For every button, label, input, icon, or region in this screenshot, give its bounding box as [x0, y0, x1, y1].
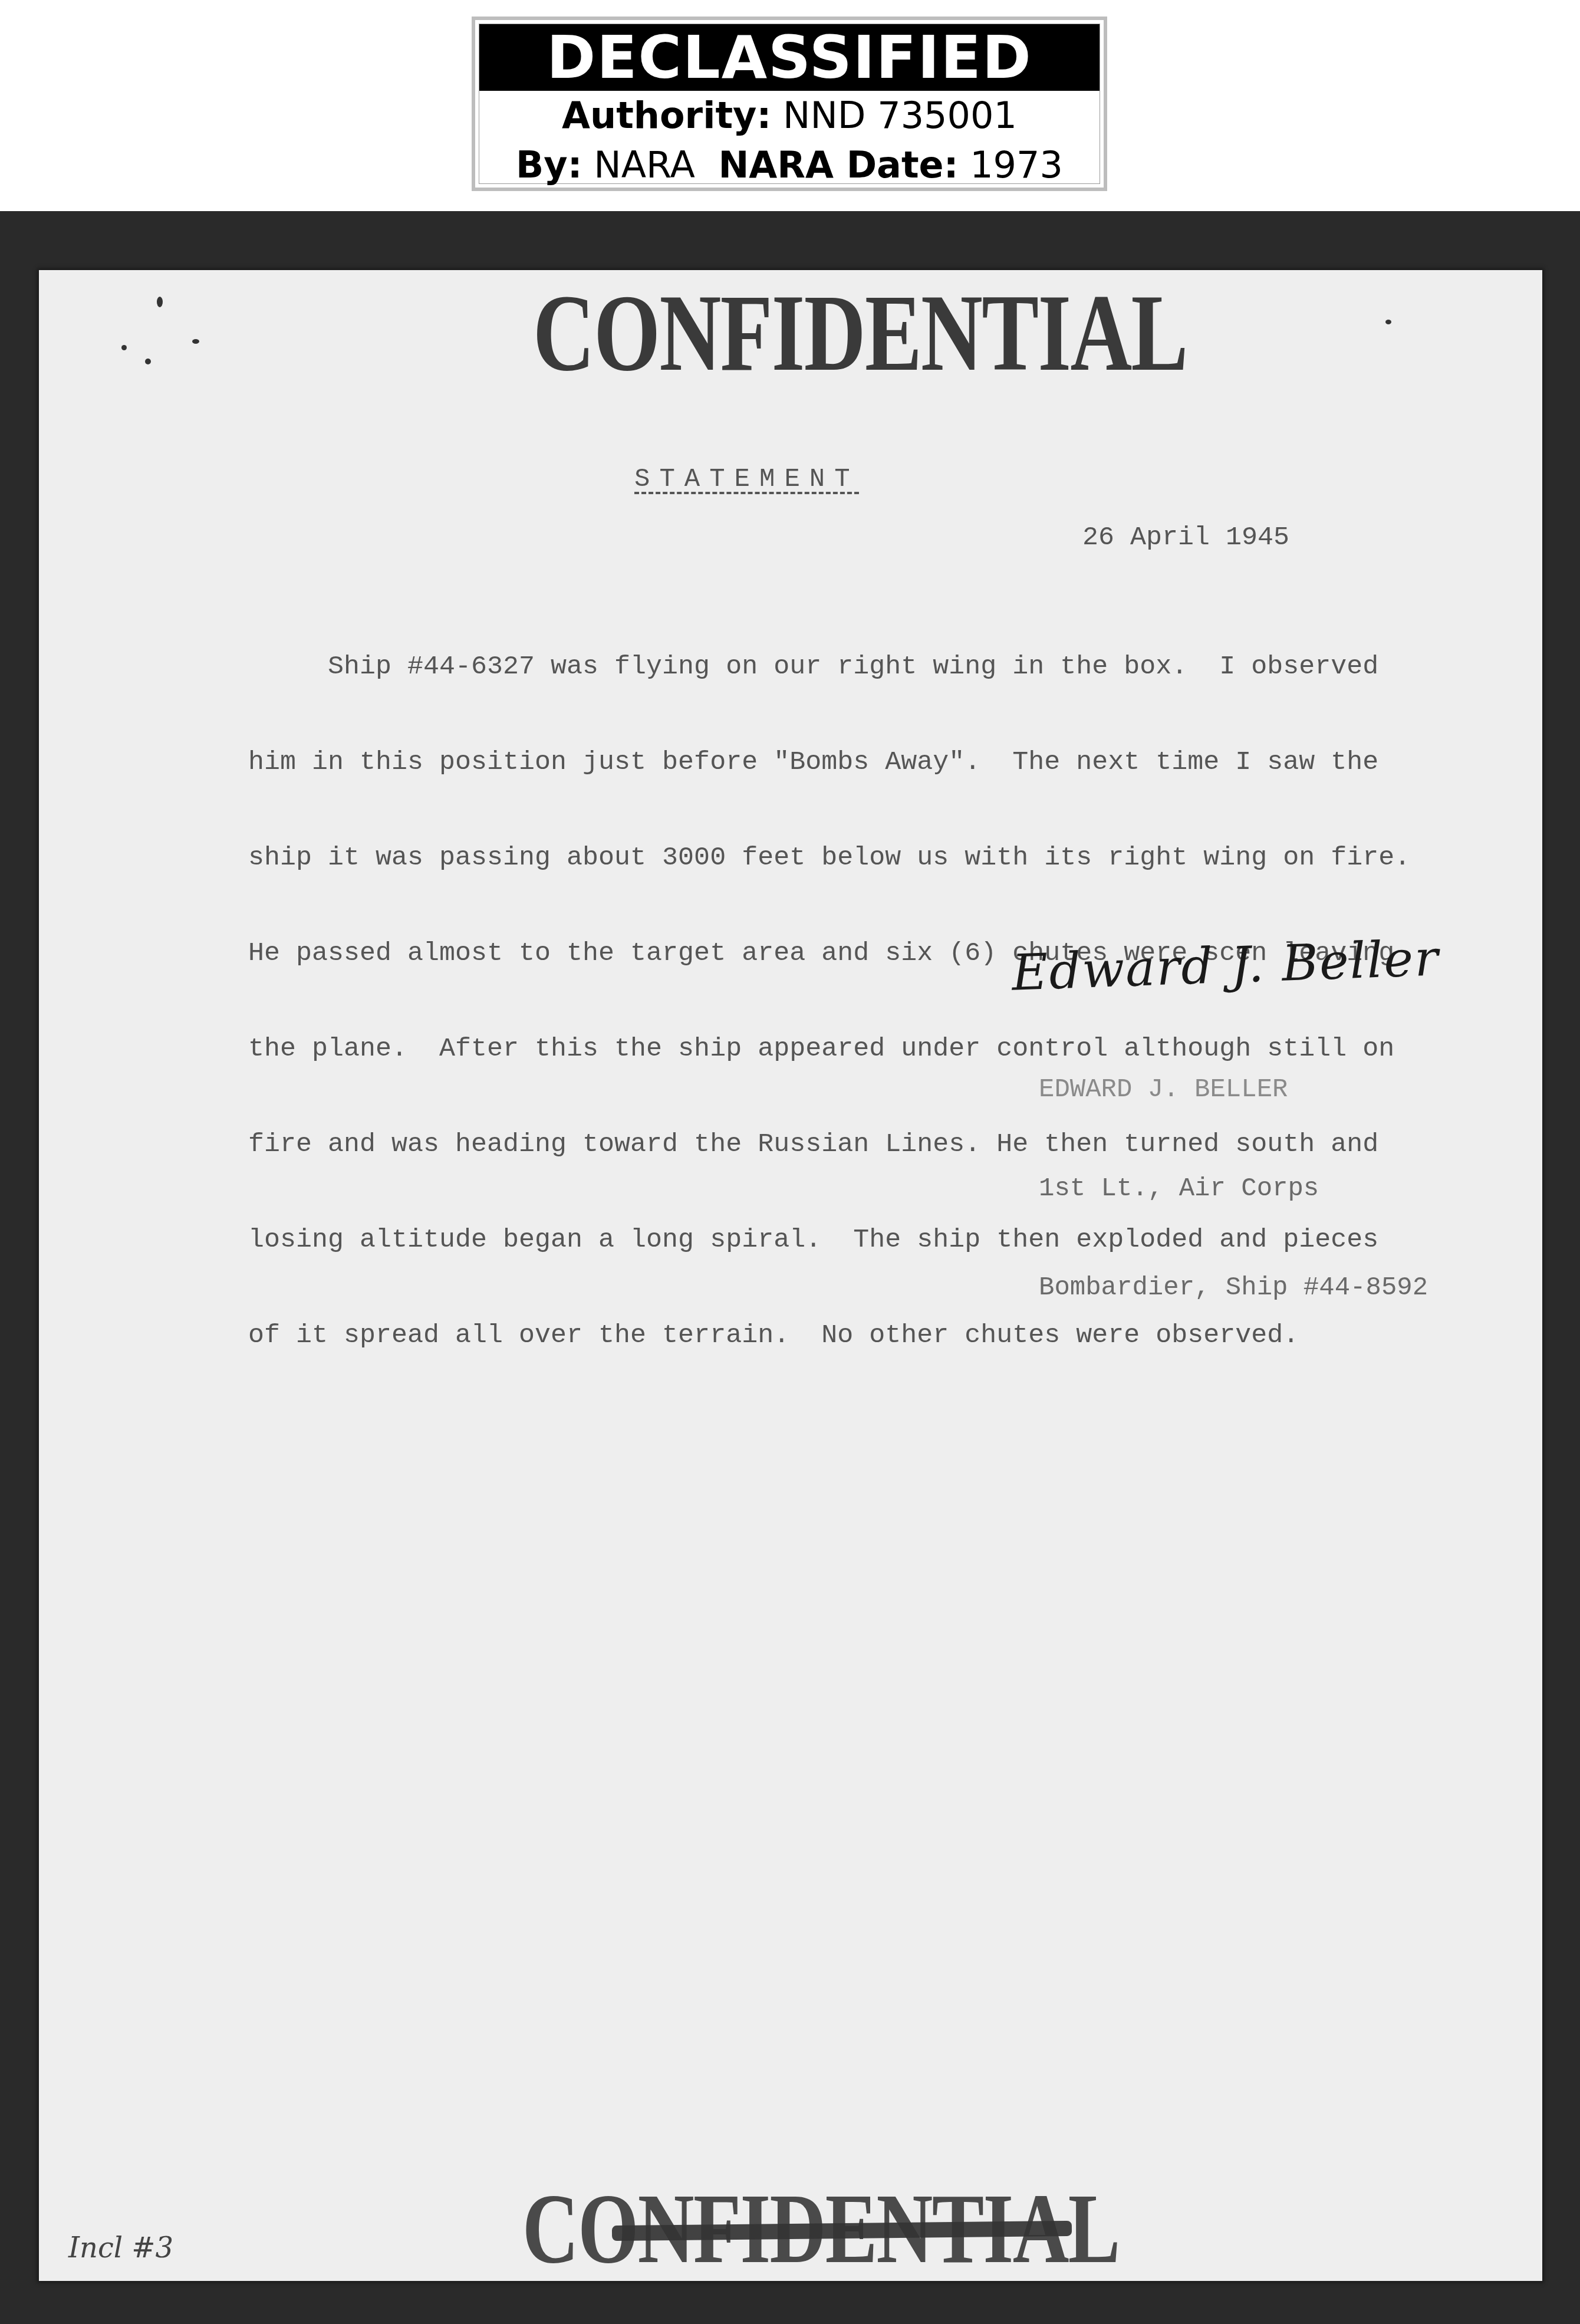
signer-role: Bombardier, Ship #44-8592 [1039, 1271, 1428, 1304]
by-label: By: [516, 143, 582, 186]
document-date: 26 April 1945 [1082, 522, 1289, 553]
confidential-stamp-top: CONFIDENTIAL [533, 270, 1187, 396]
authority-label: Authority: [562, 94, 771, 137]
signer-rank: 1st Lt., Air Corps [1039, 1172, 1428, 1205]
ink-speck [121, 345, 127, 350]
ink-speck [145, 359, 151, 364]
document-page: CONFIDENTIAL STATEMENT 26 April 1945 Shi… [39, 270, 1542, 2281]
body-line: him in this position just before "Bombs … [248, 747, 1416, 778]
authority-line: Authority: NND 735001 [479, 91, 1100, 140]
nara-date-label: NARA Date: [718, 143, 958, 186]
signer-name: EDWARD J. BELLER [1039, 1073, 1428, 1106]
ink-speck [1385, 320, 1391, 324]
ink-speck [157, 297, 163, 307]
handwritten-enclosure-note: Incl #3 [68, 2231, 173, 2264]
authority-value: NND 735001 [783, 94, 1017, 137]
declassified-title: DECLASSIFIED [479, 24, 1100, 91]
scan-frame: CONFIDENTIAL STATEMENT 26 April 1945 Shi… [0, 211, 1580, 2324]
ink-speck [192, 339, 199, 344]
signature-block: EDWARD J. BELLER 1st Lt., Air Corps Bomb… [1039, 1007, 1428, 1370]
by-value: NARA [594, 143, 695, 186]
by-line: By: NARA NARA Date: 1973 [479, 140, 1100, 190]
declassified-stamp: DECLASSIFIED Authority: NND 735001 By: N… [472, 17, 1107, 191]
body-line: ship it was passing about 3000 feet belo… [248, 842, 1416, 874]
document-title: STATEMENT [634, 465, 860, 494]
body-line: Ship #44-6327 was flying on our right wi… [248, 651, 1416, 683]
nara-date-value: 1973 [970, 143, 1063, 186]
